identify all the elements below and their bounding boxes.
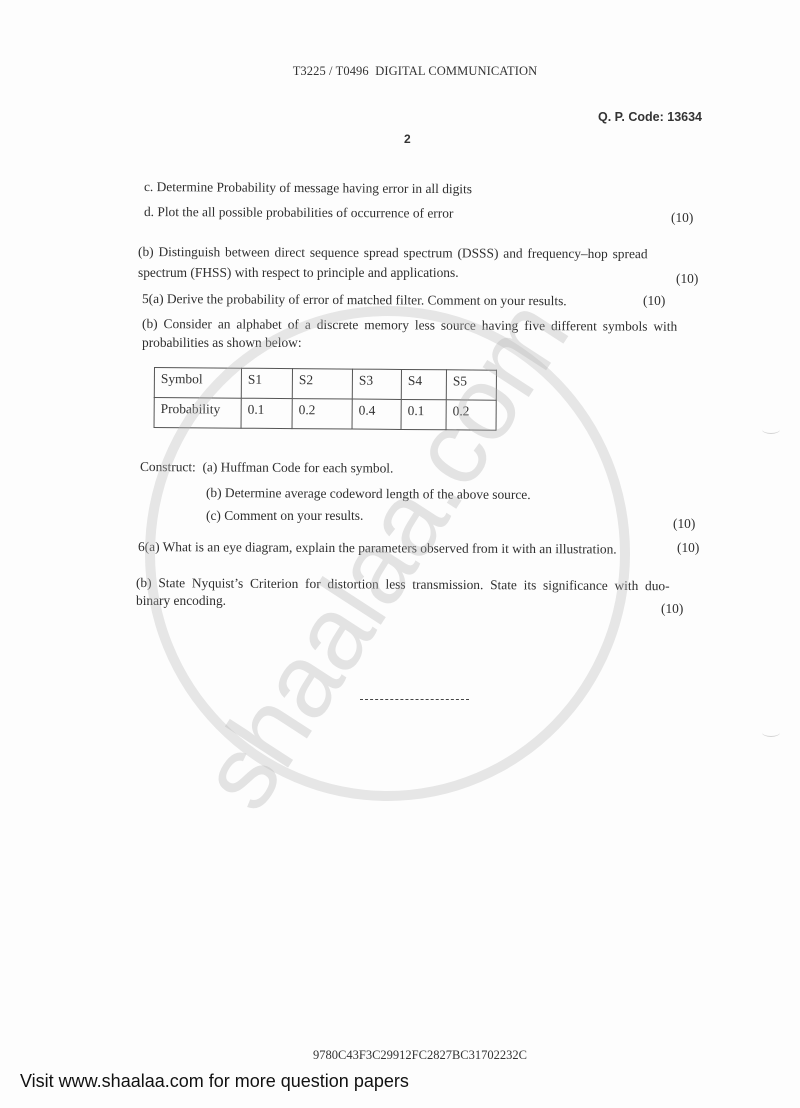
scan-mark: [762, 728, 780, 737]
qp-code-value: 13634: [667, 110, 702, 124]
table-cell: S1: [241, 368, 292, 398]
table-cell: 0.2: [292, 399, 352, 429]
table-cell: 0.2: [446, 400, 496, 430]
qp-code: Q. P. Code: 13634: [598, 110, 702, 124]
construct-a-text: (a) Huffman Code for each symbol.: [202, 459, 393, 475]
question-6b-line2: binary encoding.: [136, 593, 226, 609]
question-5b-line1: (b) Consider an alphabet of a discrete m…: [142, 316, 677, 335]
construct-marks: (10): [673, 516, 695, 532]
symbol-probability-table: Symbol S1 S2 S3 S4 S5 Probability 0.1 0.…: [154, 367, 497, 431]
question-6b-line1: (b) State Nyquist’s Criterion for distor…: [136, 575, 670, 594]
question-5a: 5(a) Derive the probability of error of …: [142, 291, 567, 309]
end-of-paper-divider: [360, 699, 469, 700]
paper-id: 9780C43F3C29912FC2827BC31702232C: [0, 1048, 800, 1063]
question-6a: 6(a) What is an eye diagram, explain the…: [138, 539, 617, 558]
question-5a-marks: (10): [643, 293, 665, 309]
table-header-probability: Probability: [154, 398, 241, 429]
table-cell: S2: [292, 369, 352, 399]
subject-title: DIGITAL COMMUNICATION: [375, 64, 537, 78]
table-row-probabilities: Probability 0.1 0.2 0.4 0.1 0.2: [154, 398, 496, 431]
question-4c: c. Determine Probability of message havi…: [144, 179, 472, 197]
scan-mark: [762, 425, 780, 434]
question-4b-line2: spectrum (FHSS) with respect to principl…: [138, 265, 459, 281]
q4b-text: (b) Distinguish between direct sequence …: [138, 244, 648, 262]
table-cell: 0.1: [241, 398, 292, 428]
page-number: 2: [404, 132, 411, 146]
construct-label: Construct:: [140, 459, 196, 474]
visit-banner[interactable]: Visit www.shaalaa.com for more question …: [20, 1071, 409, 1092]
table-cell: 0.4: [352, 399, 401, 429]
table-cell: S4: [401, 369, 446, 399]
question-paper-page: T3225 / T0496 DIGITAL COMMUNICATION Q. P…: [0, 0, 800, 1108]
question-4b-marks: (10): [676, 271, 698, 287]
question-6b-marks: (10): [661, 601, 683, 617]
question-4d-marks: (10): [671, 210, 693, 226]
question-4b-line1: (b) Distinguish between direct sequence …: [138, 244, 710, 260]
question-4b-line1-text: (b) Distinguish between direct sequence …: [138, 244, 710, 262]
table-cell: S5: [446, 370, 496, 400]
question-4d: d. Plot the all possible probabilities o…: [144, 204, 453, 222]
question-6a-marks: (10): [677, 540, 699, 556]
table-cell: S3: [352, 369, 401, 399]
paper-header: T3225 / T0496 DIGITAL COMMUNICATION: [0, 64, 800, 79]
construct-c: (c) Comment on your results.: [206, 508, 363, 524]
course-code: T3225 / T0496: [293, 64, 369, 78]
table-header-symbol: Symbol: [154, 368, 241, 399]
table-cell: 0.1: [401, 399, 446, 429]
table-row-symbols: Symbol S1 S2 S3 S4 S5: [154, 368, 496, 401]
construct-b: (b) Determine average codeword length of…: [206, 485, 531, 503]
question-5b-line2: probabilities as shown below:: [142, 335, 302, 351]
construct-a: Construct: (a) Huffman Code for each sym…: [140, 459, 393, 477]
qp-code-label: Q. P. Code:: [598, 110, 664, 124]
